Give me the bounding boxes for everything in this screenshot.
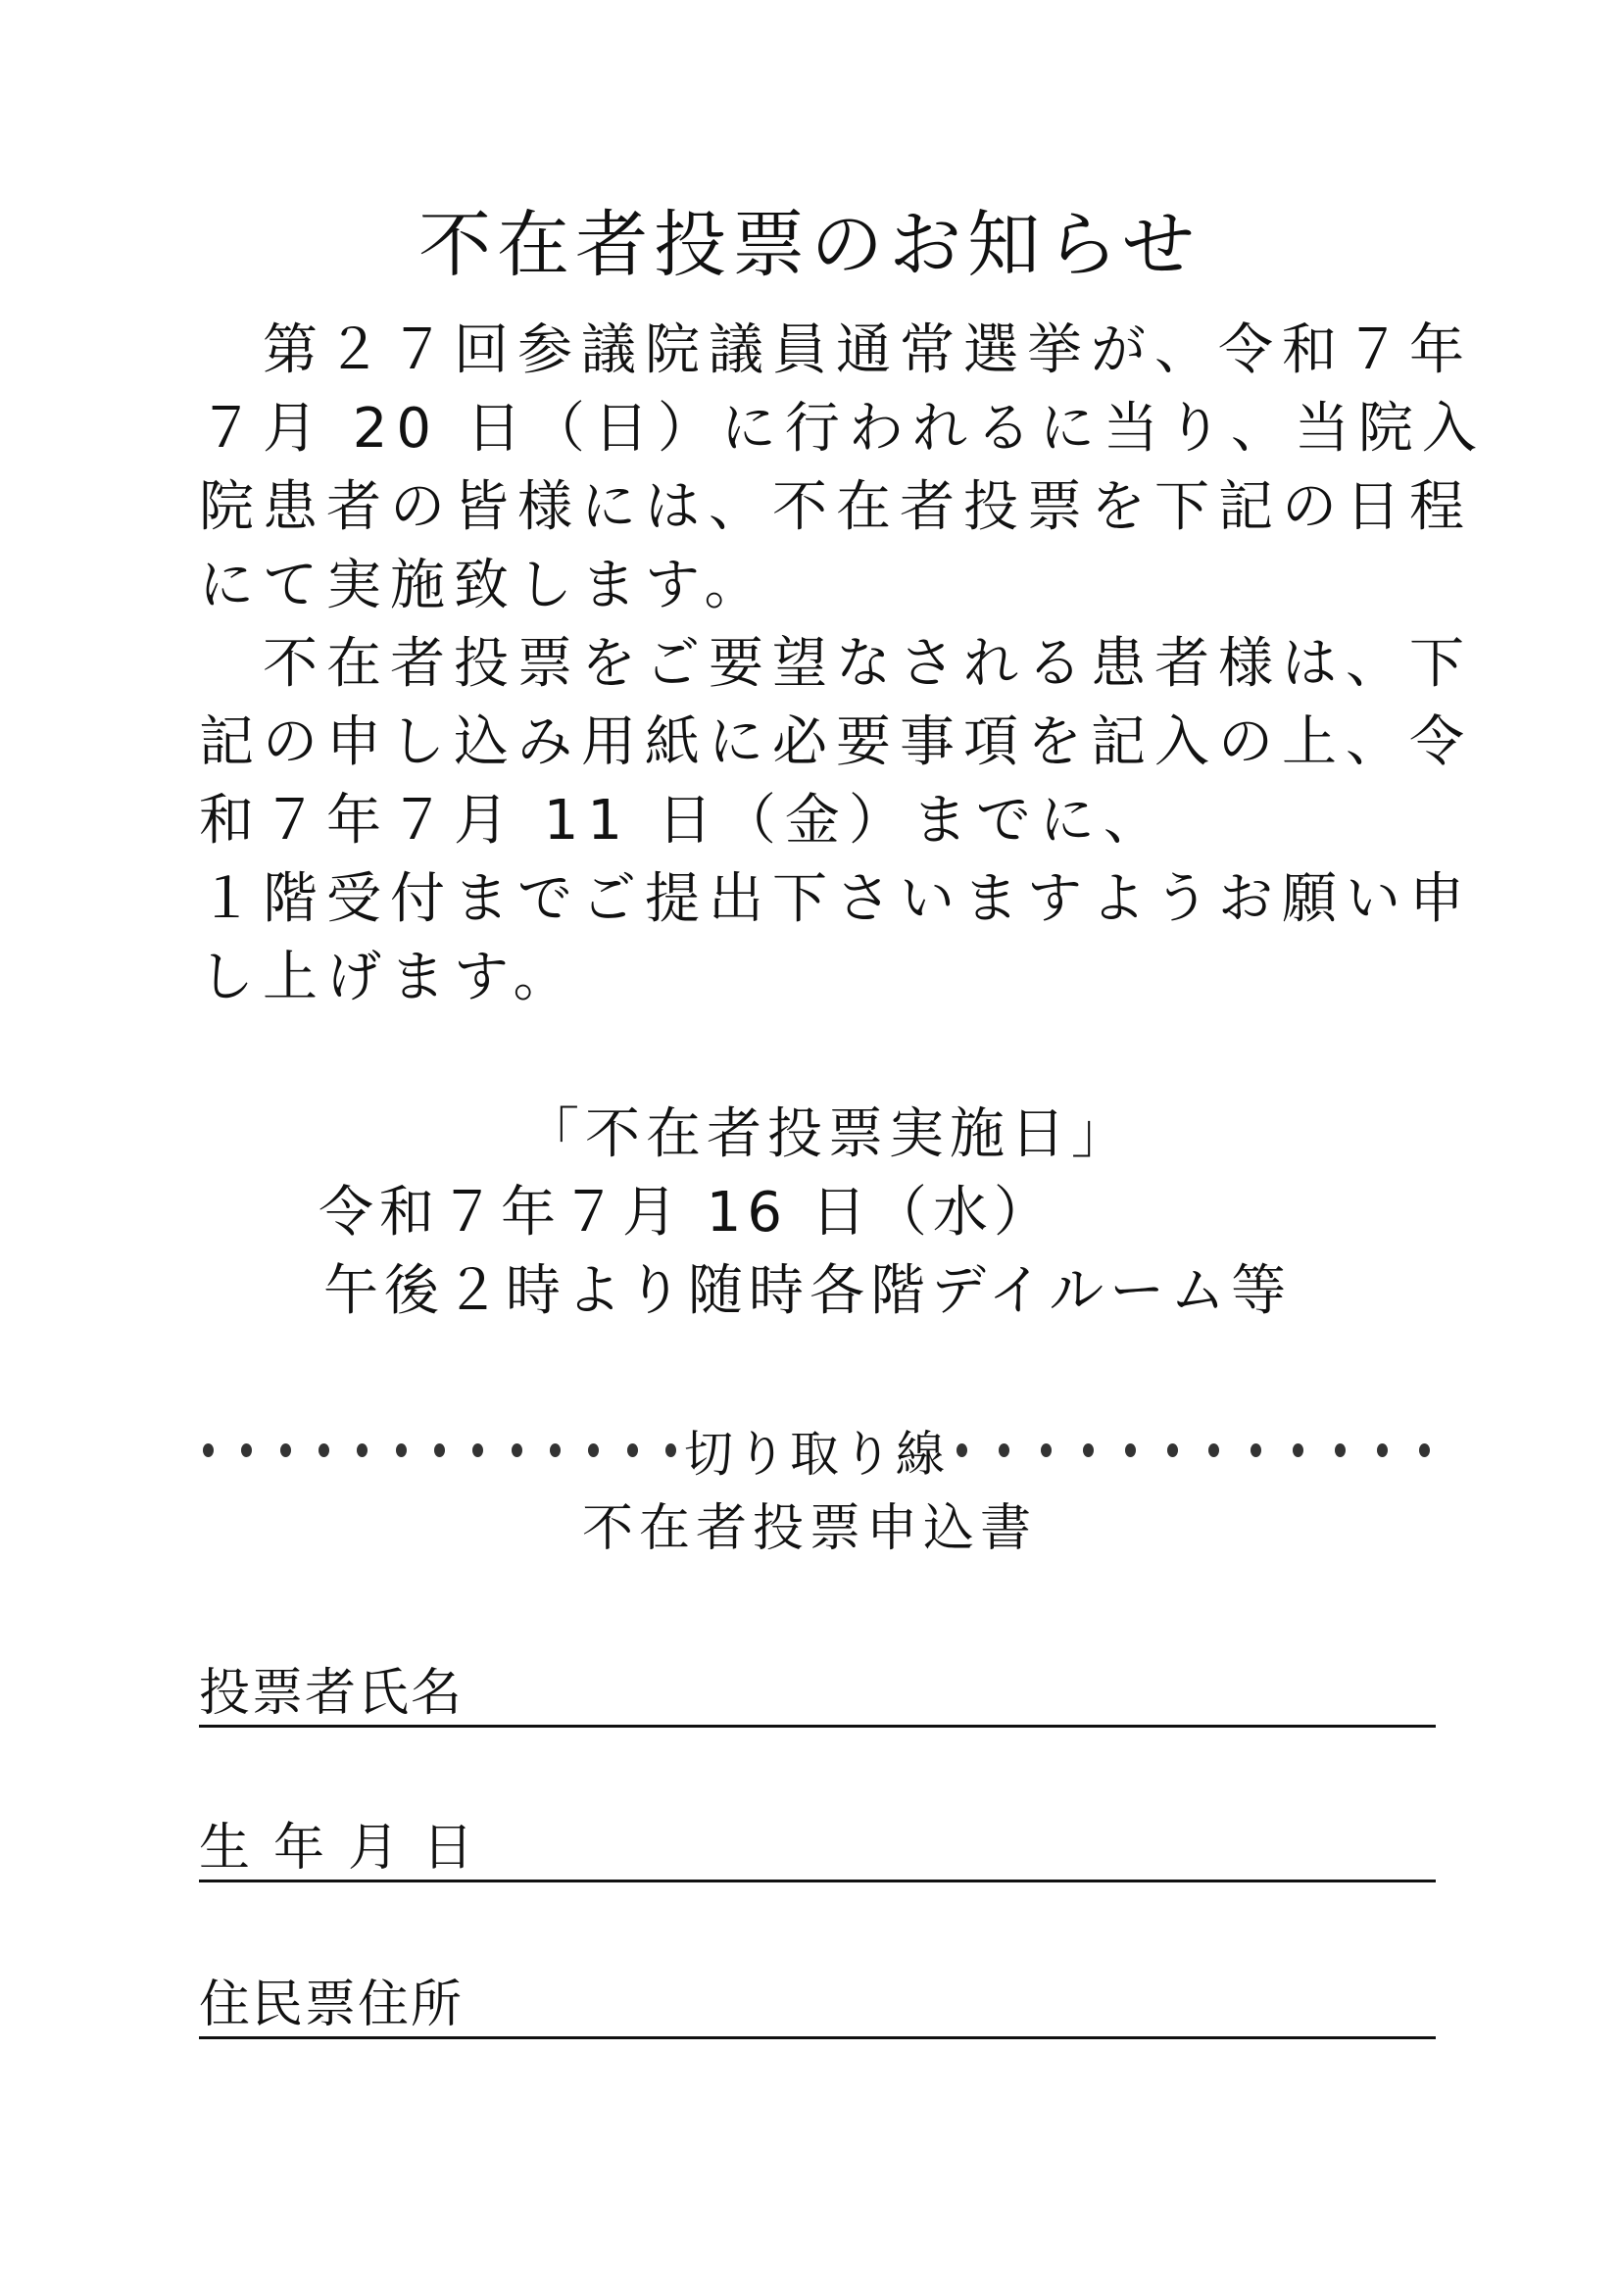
cut-line-dot xyxy=(203,1443,214,1457)
cut-line-dot xyxy=(434,1443,445,1457)
paragraph-2-line-5: し上げます。 xyxy=(199,939,577,1017)
cut-line-dot xyxy=(1419,1443,1430,1457)
notice-page: 不在者投票のお知らせ 第２７回参議院議員通常選挙が、令和７年 ７月 20 日（日… xyxy=(0,0,1619,2296)
cut-line-dot xyxy=(588,1443,599,1457)
voter-name-field[interactable]: 投票者氏名 xyxy=(199,1646,1436,1728)
page-title: 不在者投票のお知らせ xyxy=(0,201,1619,289)
cut-line-dot xyxy=(1083,1443,1094,1457)
paragraph-2-line-4: １階受付までご提出下さいますようお願い申 xyxy=(199,860,1473,939)
cut-line-dot xyxy=(627,1443,638,1457)
resident-address-field[interactable]: 住民票住所 xyxy=(199,1958,1436,2039)
resident-address-input[interactable] xyxy=(513,1978,1436,2034)
paragraph-2-line-2: 記の申し込み用紙に必要事項を記入の上、令 xyxy=(199,704,1473,782)
cut-line-dot xyxy=(957,1443,967,1457)
cut-line-dot xyxy=(999,1443,1009,1457)
schedule-heading: 「不在者投票実施日」 xyxy=(524,1096,1132,1174)
cut-line-dot xyxy=(1251,1443,1261,1457)
cut-line-dot xyxy=(665,1443,676,1457)
birth-date-input[interactable] xyxy=(513,1821,1436,1878)
cut-line-dot xyxy=(1125,1443,1136,1457)
cut-line-dot xyxy=(1208,1443,1219,1457)
cut-line-dot xyxy=(319,1443,329,1457)
paragraph-1-line-3: 院患者の皆様には、不在者投票を下記の日程 xyxy=(199,468,1473,547)
cut-line-dot xyxy=(550,1443,561,1457)
schedule-details: 午後２時より随時各階デイルーム等 xyxy=(323,1252,1292,1331)
cut-line-dots-right xyxy=(953,1443,1434,1457)
voter-name-label: 投票者氏名 xyxy=(199,1664,464,1723)
cut-line-dot xyxy=(1167,1443,1178,1457)
cut-line-dot xyxy=(280,1443,291,1457)
paragraph-2-line-1: 不在者投票をご要望なされる患者様は、下 xyxy=(199,625,1473,704)
cut-line-dot xyxy=(1041,1443,1052,1457)
paragraph-1-line-4: にて実施致します。 xyxy=(199,547,768,625)
cut-line-dot xyxy=(1293,1443,1303,1457)
form-title: 不在者投票申込書 xyxy=(0,1490,1619,1568)
cut-line-dot xyxy=(1377,1443,1388,1457)
birth-date-label: 生年月日 xyxy=(199,1819,497,1878)
resident-address-label: 住民票住所 xyxy=(199,1976,464,2034)
paragraph-1-line-2: ７月 20 日（日）に行われるに当り、当院入 xyxy=(199,390,1486,468)
cut-line-label: 切り取り線 xyxy=(680,1415,953,1486)
cut-line-dot xyxy=(241,1443,252,1457)
cut-line-dot xyxy=(512,1443,522,1457)
voter-name-input[interactable] xyxy=(513,1666,1436,1723)
paragraph-1-line-1: 第２７回参議院議員通常選挙が、令和７年 xyxy=(199,312,1473,390)
schedule-date: 令和７年７月 16 日（水） xyxy=(319,1174,1055,1252)
cut-line-dot xyxy=(357,1443,368,1457)
cut-line-dots-left xyxy=(199,1443,680,1457)
cut-line: 切り取り線 xyxy=(199,1411,1434,1490)
cut-line-dot xyxy=(472,1443,483,1457)
birth-date-field[interactable]: 生年月日 xyxy=(199,1801,1436,1882)
cut-line-dot xyxy=(396,1443,407,1457)
paragraph-2-line-3: 和７年７月 11 日（金）までに、 xyxy=(199,782,1167,860)
cut-line-dot xyxy=(1335,1443,1346,1457)
